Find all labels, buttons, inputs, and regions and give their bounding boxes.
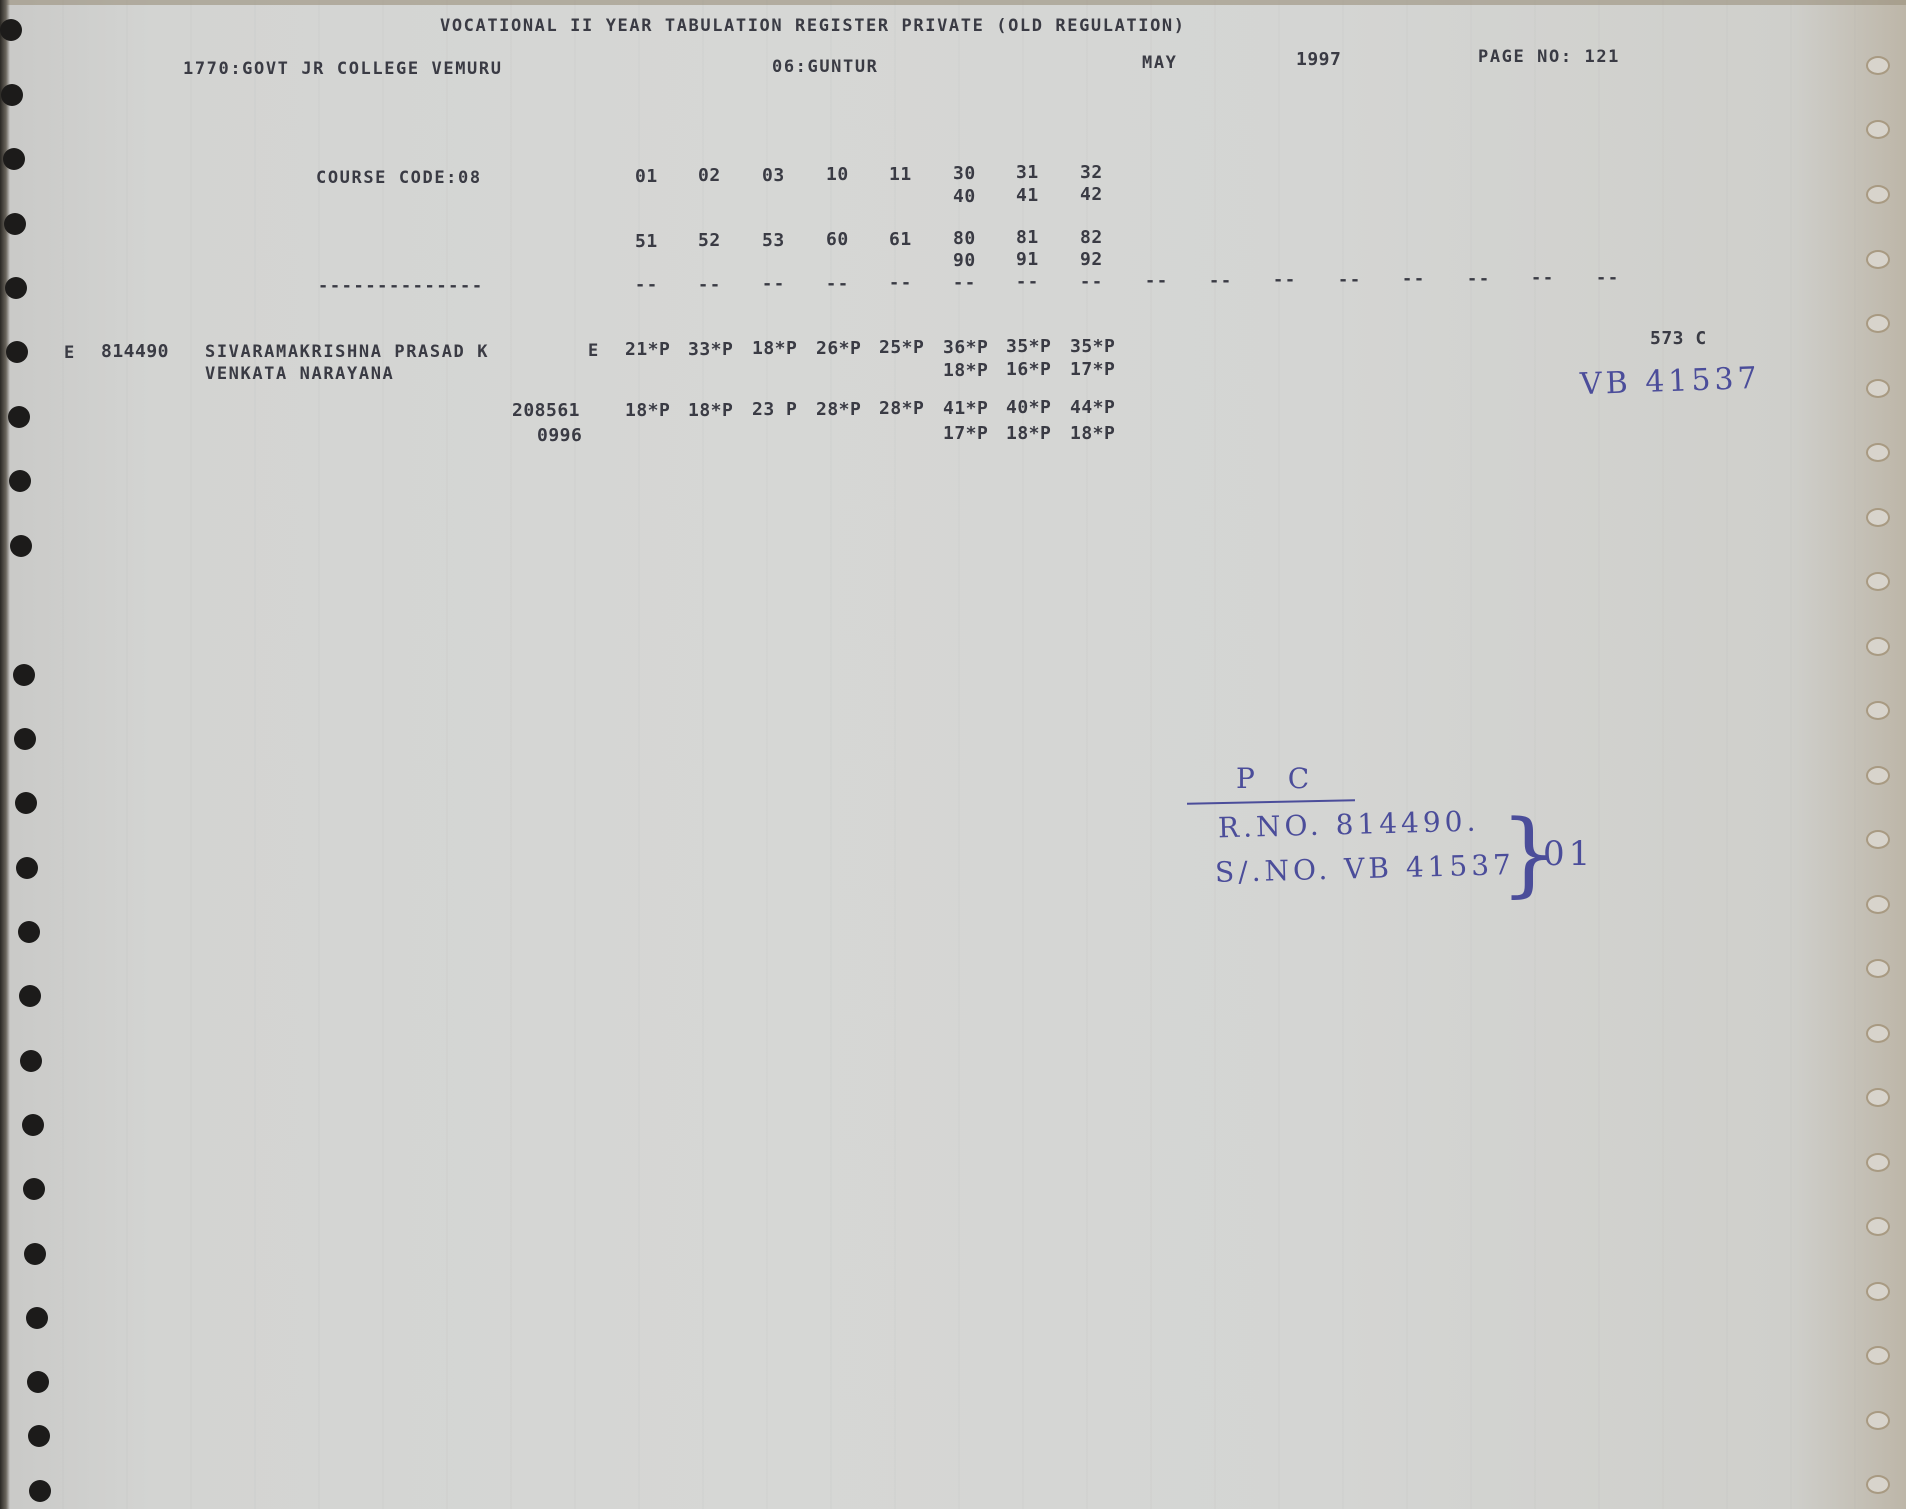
college-name: 1770:GOVT JR COLLEGE VEMURU [183,59,503,79]
dash: -- [826,274,850,294]
sprocket-hole-icon [1866,895,1890,914]
sprocket-hole-icon [1866,508,1890,527]
dash: -- [1402,269,1426,289]
paper-top-edge [0,0,1906,5]
subject-code: 31 [1016,163,1039,183]
dash: -- [1209,271,1233,291]
subject-code: 40 [953,187,976,207]
annotation-serial-number: S/.NO. VB 41537 [1215,848,1516,889]
subject-code: 60 [826,230,849,250]
annotation-roll-number: R.NO. 814490. [1218,805,1480,845]
subject-code: 90 [953,251,976,271]
sprocket-hole-icon [3,148,25,170]
sprocket-hole-icon [1866,250,1890,269]
sprocket-hole-icon [1866,572,1890,591]
mark: 28*P [816,400,861,420]
exam-month: MAY [1142,53,1178,73]
subject-code: 82 [1080,228,1103,248]
reference-number-2: 0996 [537,426,582,446]
page-number: PAGE NO: 121 [1478,47,1620,67]
sprocket-hole-icon [23,1178,45,1200]
sprocket-hole-icon [4,213,26,235]
dash: -- [1016,272,1040,292]
mark: 18*P [943,361,988,381]
subject-code: 11 [889,165,912,185]
sprocket-hole-icon [1,84,23,106]
sprocket-hole-icon [1866,1411,1890,1430]
subject-code: 01 [635,167,658,187]
subject-code: 42 [1080,185,1103,205]
sprocket-hole-icon [0,19,22,41]
dash: -- [1080,272,1104,292]
annotation-underline [1187,799,1355,805]
sprocket-hole-icon [14,728,36,750]
mark: 18*P [752,339,797,359]
subject-code: 91 [1016,250,1039,270]
exam-year: 1997 [1296,50,1341,70]
mark: 18*P [1070,424,1115,444]
mark: 28*P [879,399,924,419]
sprocket-hole-icon [1866,637,1890,656]
sprocket-hole-icon [1866,56,1890,75]
sprocket-hole-icon [1866,1346,1890,1365]
reference-number: 208561 [512,401,580,421]
sprocket-hole-icon [29,1480,51,1502]
sprocket-hole-icon [20,1050,42,1072]
subject-code: 03 [762,166,785,186]
student-name-line2: VENKATA NARAYANA [205,364,394,384]
mark: 35*P [1070,337,1115,357]
sprocket-hole-icon [26,1307,48,1329]
sprocket-hole-icon [1866,443,1890,462]
sprocket-hole-icon [6,341,28,363]
subject-code: 92 [1080,250,1103,270]
annotation-count: 01 [1543,834,1594,874]
sprocket-hole-icon [24,1243,46,1265]
subject-code: 32 [1080,163,1103,183]
sprocket-hole-icon [1866,959,1890,978]
subject-code: 02 [698,166,721,186]
sprocket-hole-icon [1866,1282,1890,1301]
dash: -- [1338,270,1362,290]
course-code-label: COURSE CODE:08 [316,168,482,188]
sprocket-hole-icon [1866,379,1890,398]
subject-code: 80 [953,229,976,249]
sprocket-hole-icon [1866,1153,1890,1172]
candidate-type: E [64,343,76,363]
total-marks: 573 C [1650,329,1707,349]
annotation-heading: P C [1236,762,1321,795]
sprocket-hole-icon [22,1114,44,1136]
mark: 33*P [688,340,733,360]
register-title: VOCATIONAL II YEAR TABULATION REGISTER P… [440,16,1186,36]
district-name: 06:GUNTUR [772,57,879,77]
sprocket-hole-icon [1866,1088,1890,1107]
dash: -- [762,274,786,294]
subject-code: 53 [762,231,785,251]
sprocket-hole-icon [19,985,41,1007]
subject-code: 10 [826,165,849,185]
dash: -- [953,273,977,293]
mark: 18*P [625,401,670,421]
dash: -- [1596,268,1620,288]
mark: 18*P [688,401,733,421]
sprocket-hole-icon [1866,1024,1890,1043]
sprocket-hole-icon [16,857,38,879]
subject-code: 41 [1016,186,1039,206]
student-name-line1: SIVARAMAKRISHNA PRASAD K [205,342,489,362]
sprocket-hole-icon [1866,1475,1890,1494]
mark: 21*P [625,340,670,360]
subject-code: 61 [889,230,912,250]
sprocket-hole-icon [1866,701,1890,720]
dash: -- [1531,268,1555,288]
sprocket-hole-icon [10,535,32,557]
course-code-underline: -------------- [318,276,484,296]
sprocket-hole-icon [9,470,31,492]
dash: -- [889,273,913,293]
mark: 16*P [1006,360,1051,380]
sprocket-hole-icon [28,1425,50,1447]
sprocket-hole-icon [1866,1217,1890,1236]
mark: 18*P [1006,424,1051,444]
mark: 35*P [1006,337,1051,357]
subject-code: 51 [635,232,658,252]
dash: -- [635,275,659,295]
dash: -- [1145,271,1169,291]
sprocket-hole-icon [8,406,30,428]
sprocket-hole-icon [1866,766,1890,785]
dash: -- [1467,269,1491,289]
mark: 17*P [1070,360,1115,380]
sprocket-hole-icon [1866,120,1890,139]
mark: 17*P [943,424,988,444]
sprocket-hole-icon [1866,830,1890,849]
dash: -- [698,275,722,295]
sprocket-hole-icon [1866,314,1890,333]
sprocket-hole-icon [15,792,37,814]
mark: 41*P [943,399,988,419]
mark: 23 P [752,400,797,420]
mark: 40*P [1006,398,1051,418]
mark: 25*P [879,338,924,358]
medium: E [588,341,600,361]
mark: 36*P [943,338,988,358]
sprocket-hole-icon [18,921,40,943]
mark: 26*P [816,339,861,359]
handwritten-serial: VB 41537 [1579,361,1761,402]
tabulation-register-page: VOCATIONAL II YEAR TABULATION REGISTER P… [0,0,1906,1509]
sprocket-hole-icon [27,1371,49,1393]
subject-code: 81 [1016,228,1039,248]
subject-code: 30 [953,164,976,184]
dash: -- [1273,270,1297,290]
sprocket-hole-icon [13,664,35,686]
subject-code: 52 [698,231,721,251]
roll-number: 814490 [101,342,169,362]
sprocket-hole-icon [5,277,27,299]
mark: 44*P [1070,398,1115,418]
sprocket-hole-icon [1866,185,1890,204]
